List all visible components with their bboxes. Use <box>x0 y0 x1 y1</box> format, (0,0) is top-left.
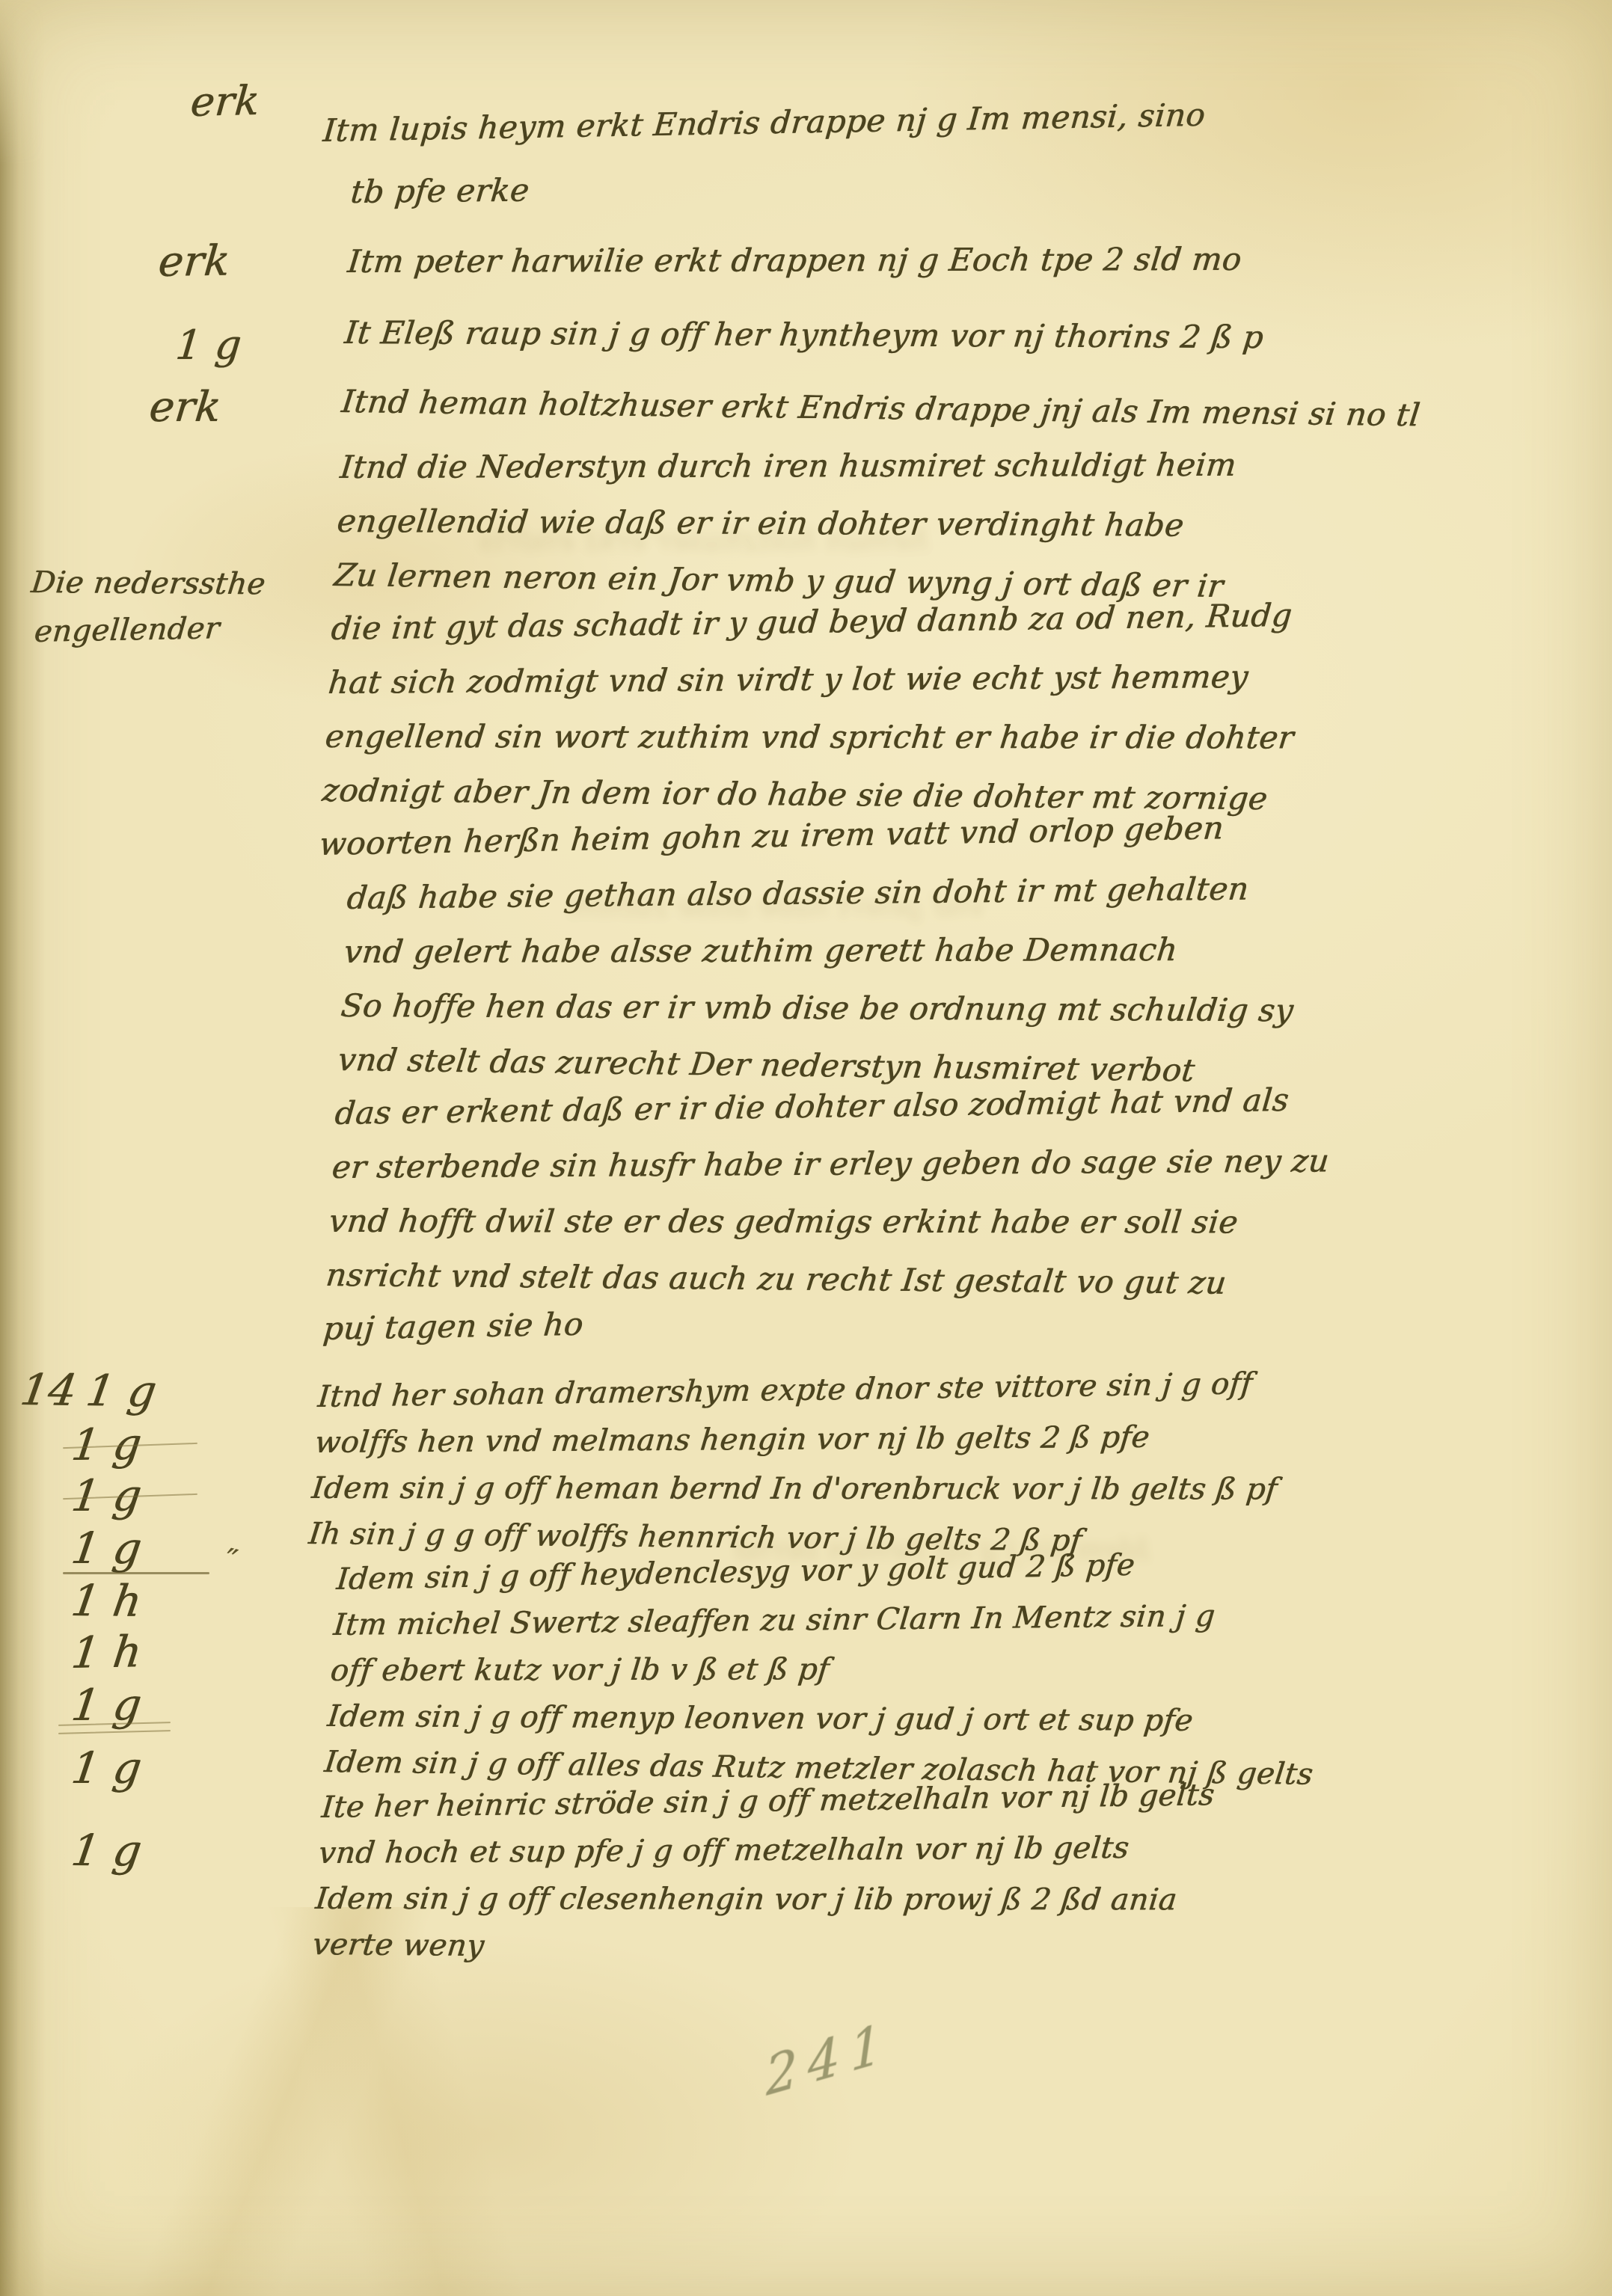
manuscript-line: It Eleß raup sin j g off her hyntheym vo… <box>343 314 1265 355</box>
pencil-folio-number: 241 <box>764 2010 893 2109</box>
manuscript-line: die int gyt das schadt ir y gud beyd dan… <box>330 597 1294 647</box>
tally-row: 1 g <box>68 1825 144 1876</box>
manuscript-line: zodnigt aber Jn dem ior do habe sie die … <box>320 772 1269 817</box>
manuscript-line: Itm lupis heym erkt Endris drappe nj g I… <box>322 96 1207 149</box>
tally-mark: 1 g <box>68 1523 144 1574</box>
sum-rule-line <box>63 1572 209 1574</box>
manuscript-line: er sterbende sin husfr habe ir erley geb… <box>331 1142 1331 1185</box>
margin-note: erk <box>156 236 232 286</box>
manuscript-line: engellendid wie daß er ir ein dohter ver… <box>335 503 1186 544</box>
manuscript-line: vnd hofft dwil ste er des gedmigs erkint… <box>327 1203 1239 1240</box>
manuscript-line: woorten herßn heim gohn zu irem vatt vnd… <box>318 809 1225 862</box>
book-gutter-shadow <box>0 0 45 2296</box>
manuscript-line: engellend sin wort zuthim vnd spricht er… <box>323 718 1296 756</box>
tally-sum-prefix: 14 <box>17 1364 80 1416</box>
manuscript-line: Idem sin j g off clesenhengin vor j lib … <box>314 1882 1179 1917</box>
manuscript-line: Zu lernen neron ein Jor vmb y gud wyng j… <box>332 556 1225 604</box>
paper-crease <box>0 1907 569 2296</box>
manuscript-line: Idem sin j g off heman bernd In d'orenbr… <box>310 1471 1279 1507</box>
manuscript-line: das er erkent daß er ir die dohter also … <box>334 1081 1291 1132</box>
tally-mark: 1 h <box>69 1626 144 1678</box>
manuscript-line: hat sich zodmigt vnd sin virdt y lot wie… <box>327 658 1250 701</box>
tally-row: 1 h <box>69 1626 144 1678</box>
tally-mark: 1 g <box>83 1365 160 1416</box>
manuscript-page: heman holtzhuser erkt endris vnd gelert … <box>0 0 1612 2296</box>
tally-row: 1 h <box>68 1575 145 1627</box>
manuscript-line: vnd gelert habe alsse zuthim gerett habe… <box>342 931 1179 970</box>
tally-row: 1 g <box>68 1743 144 1793</box>
margin-note: Die nederssthe <box>29 565 267 601</box>
manuscript-line: Itnd her sohan dramershym expte dnor ste… <box>316 1366 1254 1414</box>
margin-note: 1 g <box>174 321 244 369</box>
manuscript-line: vnd hoch et sup pfe j g off metzelhaln v… <box>317 1831 1131 1870</box>
manuscript-line: wolffs hen vnd melmans hengin vor nj lb … <box>313 1420 1151 1460</box>
manuscript-line: tb pfe erke <box>349 172 531 211</box>
tally-mark: 1 g <box>68 1825 144 1876</box>
tally-row: 1 g <box>68 1523 144 1574</box>
manuscript-line: Idem sin j g off heydenclesyg vor y golt… <box>335 1548 1136 1597</box>
manuscript-line: nsricht vnd stelt das auch zu recht Ist … <box>324 1256 1228 1301</box>
ditto-mark: ″ <box>220 1541 241 1581</box>
tally-mark: 1 h <box>68 1575 145 1627</box>
manuscript-line: So hoffe hen das er ir vmb dise be ordnu… <box>339 987 1295 1028</box>
manuscript-line: daß habe sie gethan also dassie sin doht… <box>346 871 1251 916</box>
manuscript-line: Idem sin j g off menyp leonven vor j gud… <box>325 1699 1195 1738</box>
manuscript-line: Itm peter harwilie erkt drappen nj g Eoc… <box>346 241 1243 280</box>
manuscript-line: Ite her heinric ströde sin j g off metze… <box>320 1778 1216 1825</box>
manuscript-line: Itnd heman holtzhuser erkt Endris drappe… <box>340 383 1422 433</box>
manuscript-line: Itm michel Swertz sleaffen zu sinr Clarn… <box>332 1599 1217 1642</box>
manuscript-line: vnd stelt das zurecht Der nederstyn husm… <box>336 1041 1197 1089</box>
manuscript-line: Itnd die Nederstyn durch iren husmiret s… <box>338 446 1238 485</box>
manuscript-line: puj tagen sie ho <box>322 1306 585 1347</box>
tally-row: 141 g <box>17 1364 160 1416</box>
tally-mark: 1 g <box>68 1743 144 1793</box>
margin-note: engellender <box>33 611 221 649</box>
manuscript-line: off ebert kutz vor j lb v ß et ß pf <box>329 1652 831 1688</box>
margin-note: erk <box>189 77 261 126</box>
manuscript-line: verte weny <box>310 1927 485 1963</box>
margin-note: erk <box>147 383 224 432</box>
